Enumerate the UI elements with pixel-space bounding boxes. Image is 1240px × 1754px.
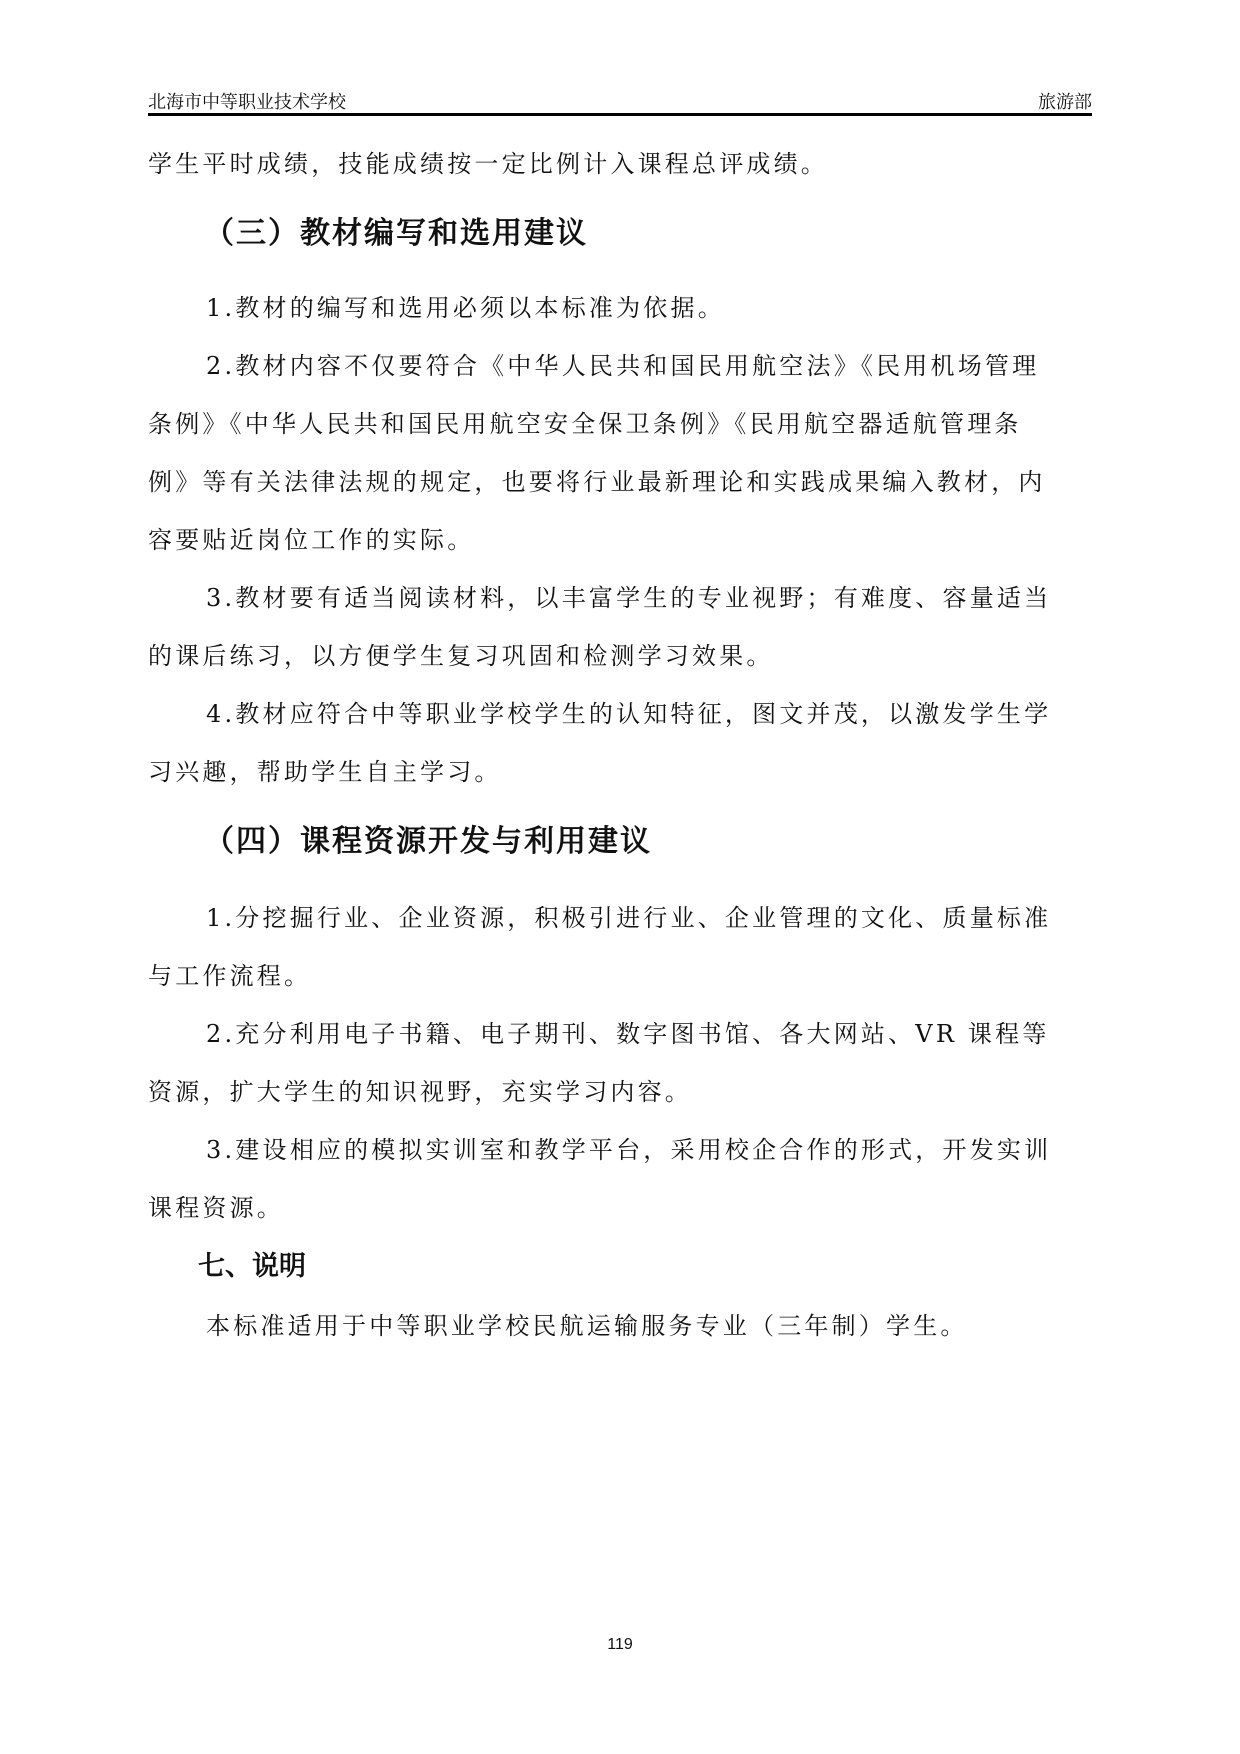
- section-4-line: 与工作流程。: [148, 960, 1092, 992]
- section-3-line: 1.教材的编写和选用必须以本标准为依据。: [206, 292, 1092, 324]
- section-3-line: 的课后练习，以方便学生复习巩固和检测学习效果。: [148, 640, 1092, 672]
- header-school-name: 北海市中等职业技术学校: [148, 88, 346, 114]
- section-4-line: 2.充分利用电子书籍、电子期刊、数字图书馆、各大网站、VR 课程等: [206, 1018, 1092, 1050]
- section-4-line: 课程资源。: [148, 1192, 1092, 1224]
- section-3-line: 3.教材要有适当阅读材料，以丰富学生的专业视野；有难度、容量适当: [206, 582, 1092, 614]
- page-number: 119: [0, 1636, 1240, 1654]
- section-4-line: 3.建设相应的模拟实训室和教学平台，采用校企合作的形式，开发实训: [206, 1134, 1092, 1166]
- section-4-line: 资源，扩大学生的知识视野，充实学习内容。: [148, 1076, 1092, 1108]
- section-3-line: 习兴趣，帮助学生自主学习。: [148, 756, 1092, 788]
- section-3-line: 条例》《中华人民共和国民用航空安全保卫条例》《民用航空器适航管理条: [148, 408, 1092, 440]
- section-7-text: 本标准适用于中等职业学校民航运输服务专业（三年制）学生。: [206, 1310, 1092, 1342]
- section-7-title: 七、说明: [198, 1249, 306, 1285]
- page-header: 北海市中等职业技术学校 旅游部: [148, 84, 1092, 114]
- section-4-title: （四）课程资源开发与利用建议: [204, 822, 652, 862]
- header-department: 旅游部: [1038, 88, 1092, 114]
- continuation-text: 学生平时成绩，技能成绩按一定比例计入课程总评成绩。: [148, 148, 1092, 180]
- section-3-line: 容要贴近岗位工作的实际。: [148, 524, 1092, 556]
- section-4-line: 1.分挖掘行业、企业资源，积极引进行业、企业管理的文化、质量标准: [206, 902, 1092, 934]
- section-3-title: （三）教材编写和选用建议: [204, 214, 588, 254]
- section-3-line: 2.教材内容不仅要符合《中华人民共和国民用航空法》《民用机场管理: [206, 350, 1092, 382]
- section-3-line: 例》等有关法律法规的规定，也要将行业最新理论和实践成果编入教材，内: [148, 466, 1092, 498]
- header-rule: [148, 113, 1092, 116]
- section-3-line: 4.教材应符合中等职业学校学生的认知特征，图文并茂，以激发学生学: [206, 698, 1092, 730]
